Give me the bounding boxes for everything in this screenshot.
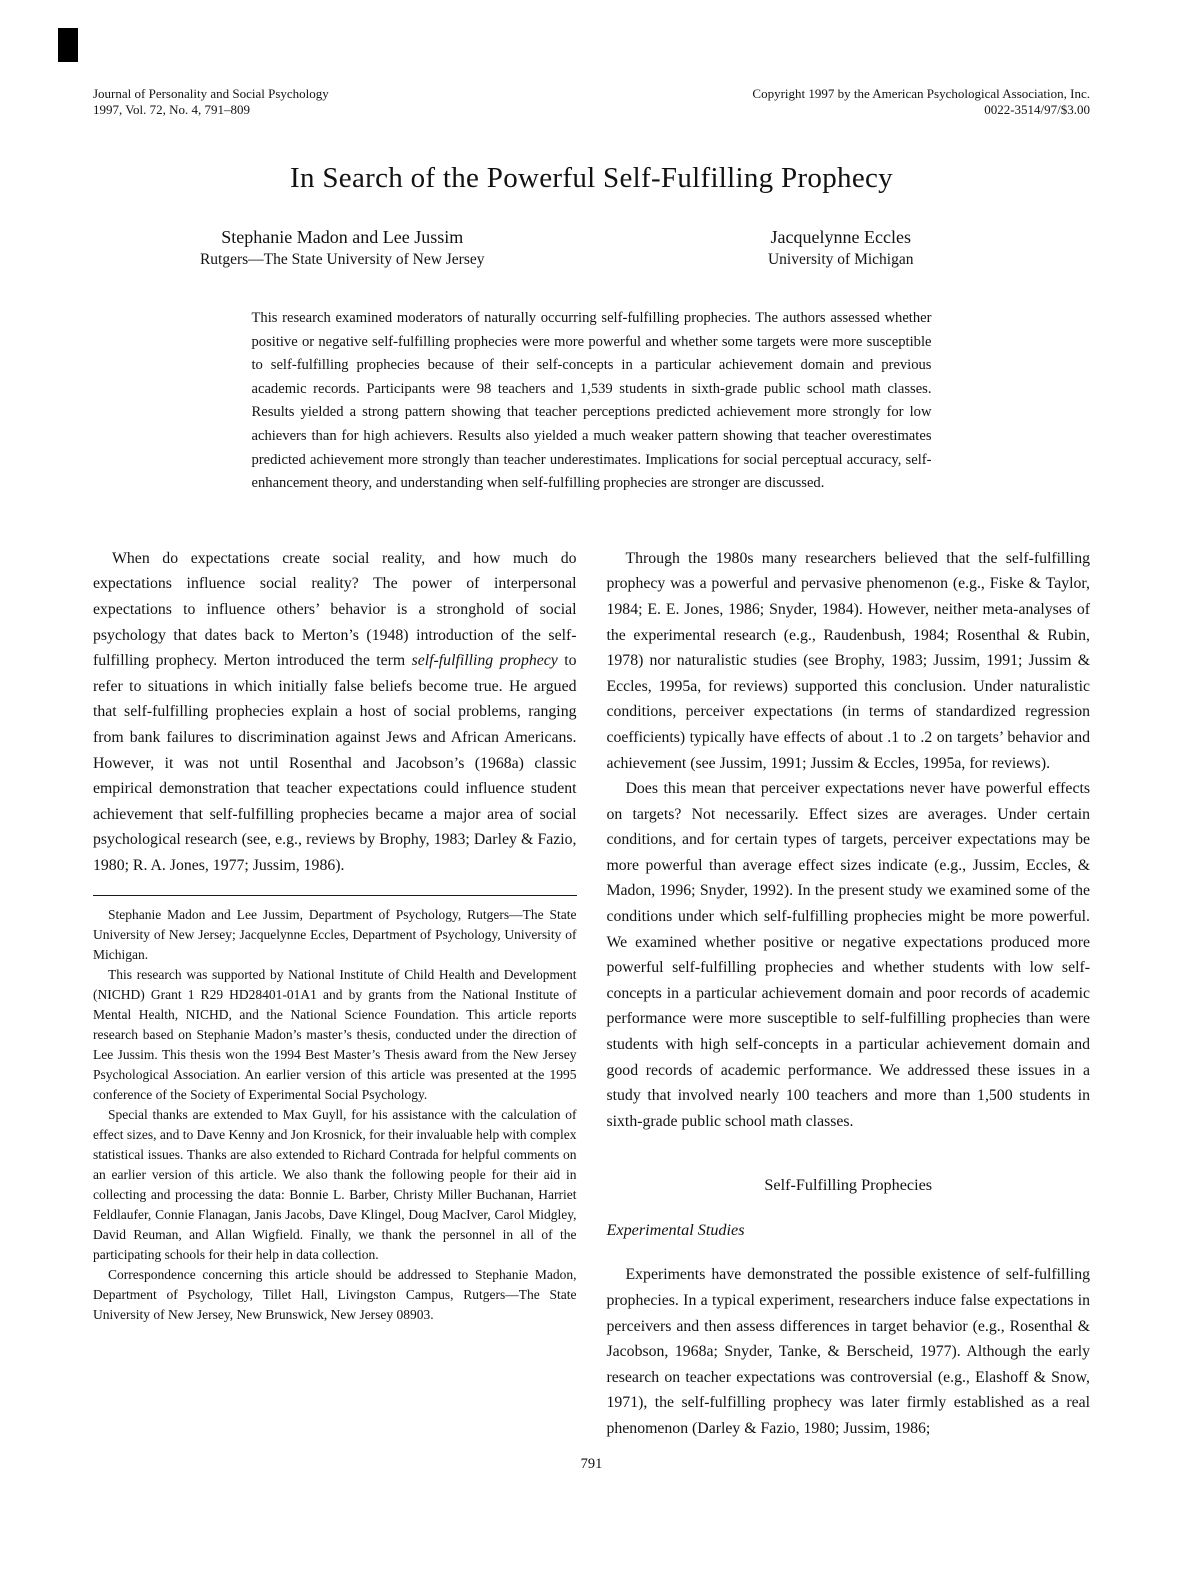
body-paragraph: Does this mean that perceiver expectatio… — [607, 776, 1091, 1134]
author-affiliation: Rutgers—The State University of New Jers… — [93, 249, 592, 270]
two-column-body: When do expectations create social reali… — [93, 546, 1090, 1442]
journal-name: Journal of Personality and Social Psycho… — [93, 86, 329, 102]
journal-issue-info: 1997, Vol. 72, No. 4, 791–809 — [93, 102, 329, 118]
abstract: This research examined moderators of nat… — [252, 307, 932, 496]
author-byline-row: Stephanie Madon and Lee Jussim Rutgers—T… — [93, 225, 1090, 270]
copyright-info: Copyright 1997 by the American Psycholog… — [752, 86, 1090, 118]
author-names: Stephanie Madon and Lee Jussim — [93, 225, 592, 249]
section-heading: Self-Fulfilling Prophecies — [607, 1176, 1091, 1195]
subsection-heading: Experimental Studies — [607, 1221, 1091, 1240]
intro-paragraph: When do expectations create social reali… — [93, 546, 577, 879]
author-note-paragraph: Correspondence concerning this article s… — [93, 1265, 577, 1325]
scan-artifact-mark — [58, 28, 78, 62]
author-names: Jacquelynne Eccles — [592, 225, 1091, 249]
issn-price-line: 0022-3514/97/$3.00 — [752, 102, 1090, 118]
author-note-paragraph: Stephanie Madon and Lee Jussim, Departme… — [93, 905, 577, 965]
author-note-paragraph: Special thanks are extended to Max Guyll… — [93, 1105, 577, 1265]
left-column: When do expectations create social reali… — [93, 546, 577, 1326]
author-note: Stephanie Madon and Lee Jussim, Departme… — [93, 905, 577, 1325]
right-column: Through the 1980s many researchers belie… — [607, 546, 1091, 1442]
author-block-left: Stephanie Madon and Lee Jussim Rutgers—T… — [93, 225, 592, 270]
body-paragraph: Through the 1980s many researchers belie… — [607, 546, 1091, 776]
journal-info: Journal of Personality and Social Psycho… — [93, 86, 329, 118]
copyright-line: Copyright 1997 by the American Psycholog… — [752, 86, 1090, 102]
page-number: 791 — [93, 1456, 1090, 1473]
author-note-divider — [93, 895, 577, 896]
author-affiliation: University of Michigan — [592, 249, 1091, 270]
intro-italic-term: self-fulfilling prophecy — [412, 652, 558, 669]
masthead: Journal of Personality and Social Psycho… — [93, 86, 1090, 118]
author-block-right: Jacquelynne Eccles University of Michiga… — [592, 225, 1091, 270]
article-title: In Search of the Powerful Self-Fulfillin… — [93, 162, 1090, 195]
body-paragraph: Experiments have demonstrated the possib… — [607, 1262, 1091, 1441]
author-note-paragraph: This research was supported by National … — [93, 965, 577, 1105]
journal-article-page: Journal of Personality and Social Psycho… — [0, 0, 1200, 1590]
intro-text-after: to refer to situations in which initiall… — [93, 652, 577, 874]
